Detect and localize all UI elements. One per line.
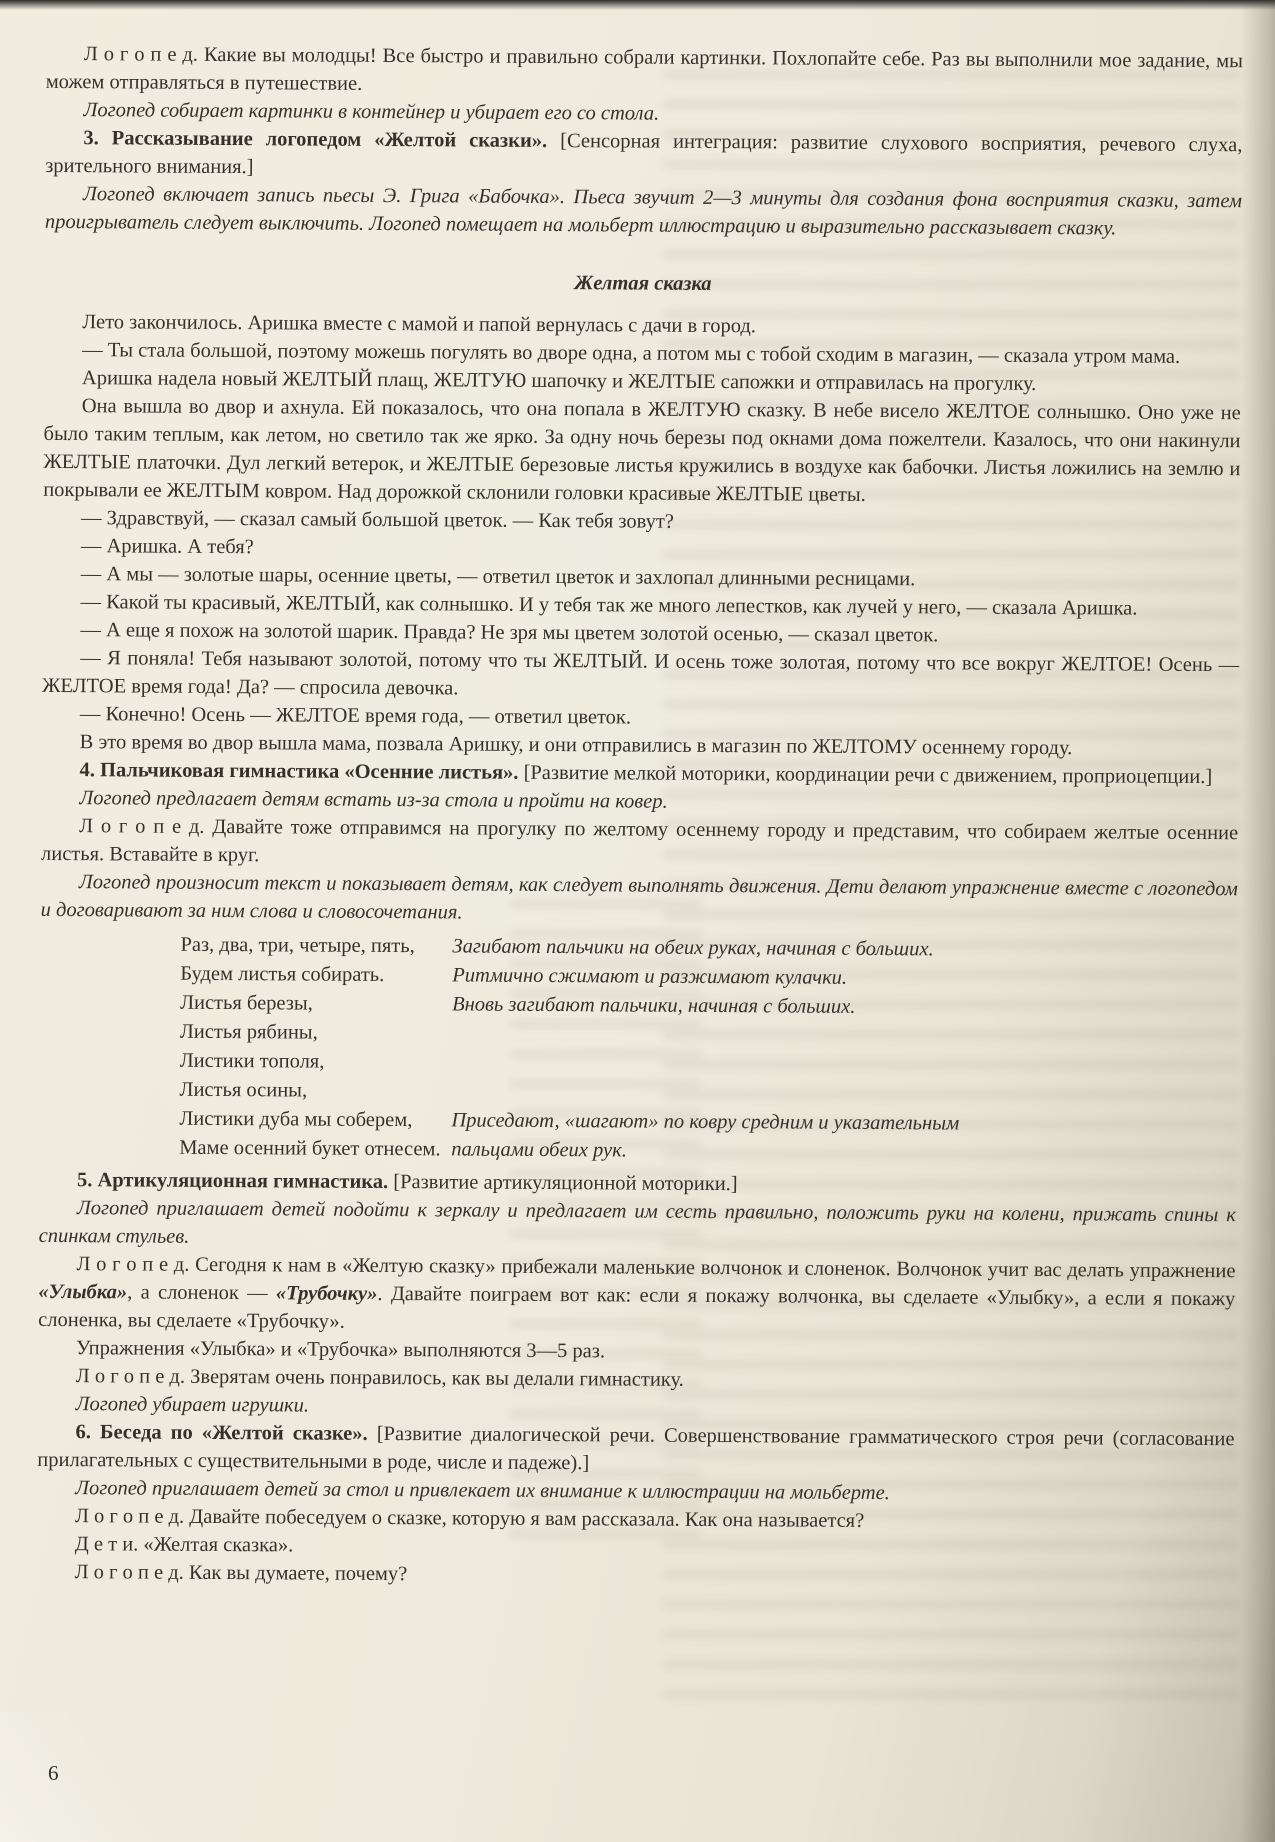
text-segment: Аришка надела новый ЖЕЛТЫЙ плащ, ЖЕЛТУЮ … xyxy=(82,367,1037,395)
exercise-row: Маме осенний букет отнесем.пальцами обеи… xyxy=(179,1134,1236,1169)
text-segment: Желтая сказка xyxy=(574,272,711,295)
text-segment: — Аришка. А тебя? xyxy=(81,535,254,558)
text-segment: «Улыбка» xyxy=(38,1281,127,1304)
poem-line: Листики тополя, xyxy=(180,1047,452,1078)
book-page-photo: Л о г о п е д. Какие вы молодцы! Все быс… xyxy=(0,0,1275,1842)
text-segment: В это время во двор вышла мама, позвала … xyxy=(80,731,1073,759)
text-segment: Л о г о п е д. Сегодня к нам в «Желтую с… xyxy=(76,1253,1235,1282)
therapist-speech: Л о г о п е д. Сегодня к нам в «Желтую с… xyxy=(38,1250,1235,1341)
therapist-speech: Л о г о п е д. Давайте тоже отправимся н… xyxy=(41,812,1238,875)
tale-title: Желтая сказка xyxy=(44,266,1241,301)
text-segment: — Какой ты красивый, ЖЕЛТЫЙ, как солнышк… xyxy=(80,591,1137,619)
movement-instruction xyxy=(452,1048,1237,1082)
text-segment: — Здравствуй, — сказал самый большой цве… xyxy=(81,507,674,533)
poem-line: Маме осенний букет отнесем. xyxy=(179,1134,451,1165)
movement-instruction: Вновь загибают пальчики, начиная с больш… xyxy=(452,990,1237,1024)
heading-lead: 6. Беседа по «Желтой сказке». xyxy=(75,1421,367,1445)
text-segment: Л о г о п е д. Какие вы молодцы! Все быс… xyxy=(46,43,1243,95)
therapist-speech: Л о г о п е д. Как вы думаете, почему? xyxy=(37,1558,1234,1593)
poem-line: Будем листья собирать. xyxy=(180,960,452,991)
text-segment: — Конечно! Осень — ЖЕЛТОЕ время года, — … xyxy=(80,703,631,728)
movement-instruction: Ритмично сжимают и разжимают кулачки. xyxy=(452,961,1237,995)
text-segment: Она вышла во двор и ахнула. Ей показалос… xyxy=(43,395,1241,506)
text-segment: , а слоненок — xyxy=(127,1281,276,1304)
poem-line: Листья рябины, xyxy=(180,1018,452,1049)
text-column: Л о г о п е д. Какие вы молодцы! Все быс… xyxy=(0,0,1275,1842)
text-segment: Логопед приглашает детей подойти к зерка… xyxy=(39,1197,1236,1248)
tale-paragraph: Она вышла во двор и ахнула. Ей показалос… xyxy=(43,392,1241,511)
tale-dialog: — Я поняла! Тебя называют золотой, потом… xyxy=(42,644,1239,707)
text-segment: Упражнения «Улыбка» и «Трубочка» выполня… xyxy=(76,1337,605,1362)
text-segment: Логопед убирает игрушки. xyxy=(76,1393,310,1416)
movement-instruction xyxy=(451,1077,1236,1111)
text-segment: — Ты стала большой, поэтому можешь погул… xyxy=(82,339,1180,368)
text-segment: Л о г о п е д. Зверятам очень понравилос… xyxy=(76,1365,684,1391)
poem-line: Раз, два, три, четыре, пять, xyxy=(180,931,452,962)
text-segment: Л о г о п е д. Давайте тоже отправимся н… xyxy=(41,815,1238,866)
stage-direction: Логопед приглашает детей подойти к зерка… xyxy=(39,1194,1236,1257)
text-segment: «Трубочку» xyxy=(276,1282,378,1305)
movement-instruction: Приседают, «шагают» по ковру средним и у… xyxy=(451,1106,1236,1140)
movement-instruction xyxy=(452,1019,1237,1053)
movement-instruction: Загибают пальчики на обеих руках, начина… xyxy=(452,932,1237,966)
text-segment: — А мы — золотые шары, осенние цветы, — … xyxy=(81,563,916,590)
movement-instruction: пальцами обеих рук. xyxy=(451,1135,1236,1169)
text-segment: Логопед собирает картинки в контейнер и … xyxy=(84,99,660,125)
text-segment: Логопед произносит текст и показывает де… xyxy=(41,871,1238,923)
text-segment: Лето закончилось. Аришка вместе с мамой … xyxy=(82,311,756,337)
text-segment: Л о г о п е д. Как вы думаете, почему? xyxy=(75,1561,408,1585)
text-segment: [Развитие мелкой моторики, координации р… xyxy=(518,762,1212,788)
stage-direction: Логопед произносит текст и показывает де… xyxy=(41,868,1238,931)
heading-lead: 3. Рассказывание логопедом «Желтой сказк… xyxy=(83,127,547,152)
section-heading-6: 6. Беседа по «Желтой сказке». [Развитие … xyxy=(37,1418,1234,1481)
text-segment: [Развитие артикуляционной моторики.] xyxy=(388,1171,738,1195)
stage-direction: Логопед включает запись пьесы Э. Грига «… xyxy=(45,180,1242,243)
text-segment: Л о г о п е д. Давайте побеседуем о сказ… xyxy=(75,1505,864,1532)
page-number: 6 xyxy=(48,1761,59,1786)
heading-lead: 4. Пальчиковая гимнастика «Осенние листь… xyxy=(79,759,518,784)
text-segment: — А еще я похож на золотой шарик. Правда… xyxy=(80,619,938,646)
heading-lead: 5. Артикуляционная гимнастика. xyxy=(77,1169,388,1193)
poem-line: Листья березы, xyxy=(180,989,452,1020)
text-segment: — Я поняла! Тебя называют золотой, потом… xyxy=(42,647,1239,699)
finger-exercise-table: Раз, два, три, четыре, пять,Загибают пал… xyxy=(179,931,1237,1169)
text-segment: Логопед приглашает детей за стол и привл… xyxy=(75,1477,890,1504)
text-segment: Логопед предлагает детям встать из-за ст… xyxy=(79,787,667,813)
text-segment: Логопед включает запись пьесы Э. Грига «… xyxy=(45,183,1242,239)
text-segment: Д е т и. «Желтая сказка». xyxy=(75,1533,294,1556)
poem-line: Листики дуба мы соберем, xyxy=(179,1105,451,1136)
section-heading-3: 3. Рассказывание логопедом «Желтой сказк… xyxy=(45,124,1242,187)
poem-line: Листья осины, xyxy=(179,1076,451,1107)
therapist-speech: Л о г о п е д. Какие вы молодцы! Все быс… xyxy=(46,40,1243,103)
